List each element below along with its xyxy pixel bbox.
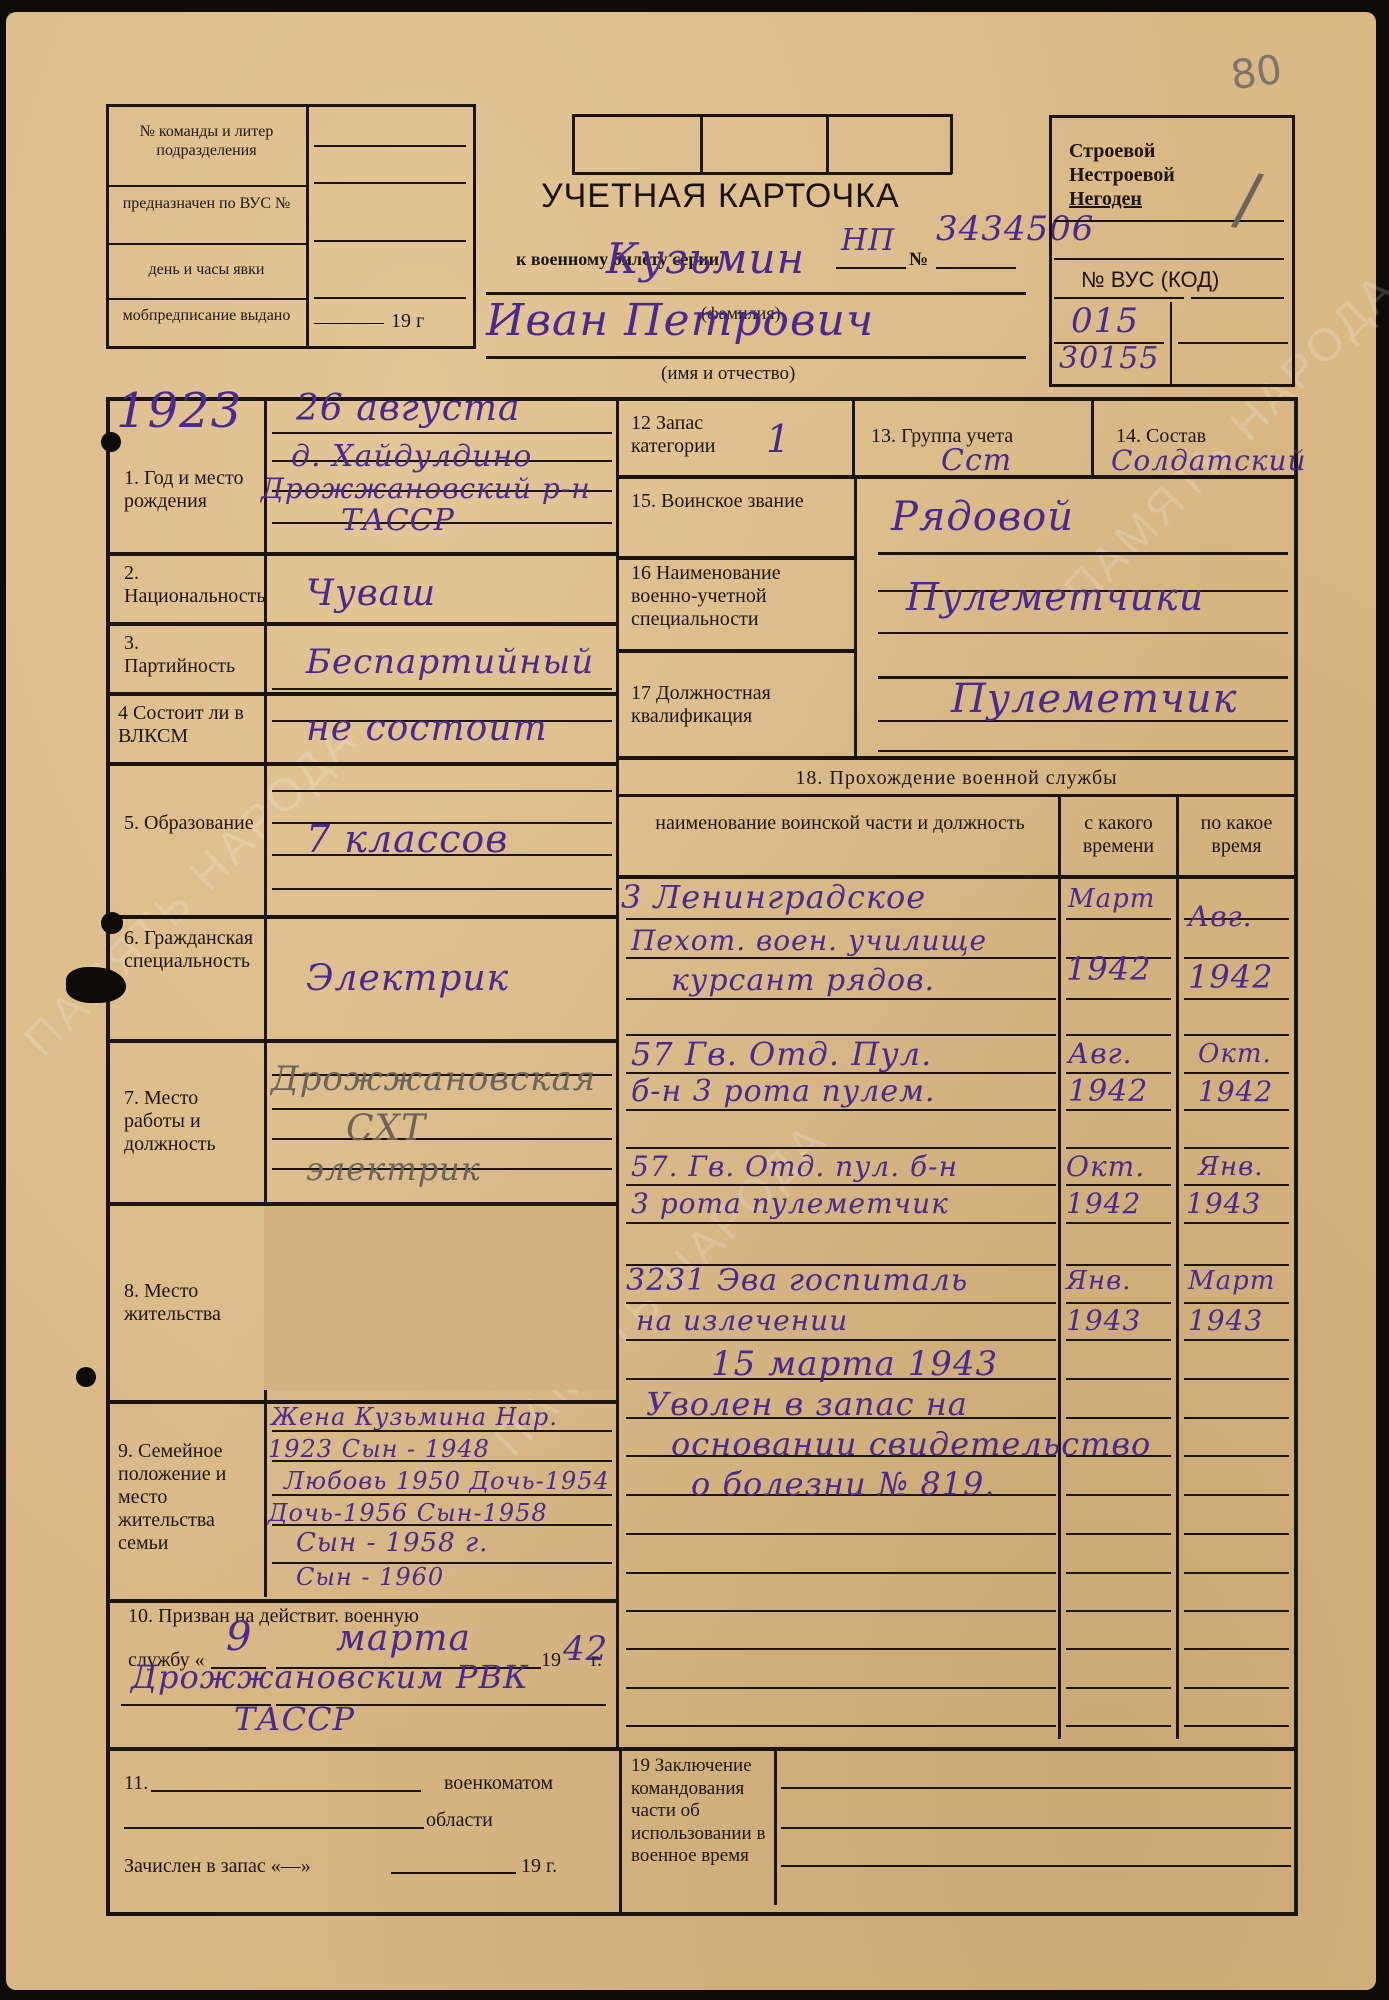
service-to-month: Янв.: [1198, 1150, 1264, 1184]
service-header: 18. Прохождение военной службы: [619, 767, 1294, 790]
fitness-option-front: Строевой: [1069, 139, 1155, 163]
qualification-label: 17 Должностная квалификация: [631, 682, 851, 728]
punch-hole: [101, 432, 121, 452]
vus-label: № ВУС (КОД): [1081, 268, 1219, 291]
party-label: 3. Партийность: [124, 632, 254, 678]
team-number-label: № команды и литер подразделения: [114, 122, 299, 160]
civil-specialty-label: 6. Гражданская специальность: [124, 927, 254, 973]
mob-order-label: мобпредписание выдано: [114, 306, 299, 325]
conscription-year-prefix: 19: [541, 1649, 561, 1672]
service-unit-line: курсант рядов.: [671, 964, 935, 998]
service-from-month: Авг.: [1068, 1037, 1133, 1071]
discharge-line: Уволен в запас на: [646, 1387, 968, 1421]
family-line-6: Сын - 1960: [296, 1560, 444, 1594]
reserve-date-label: Зачислен в запас «—»: [124, 1855, 311, 1878]
vus-value: 015: [1071, 304, 1139, 338]
reserve-category-label: 12 Запас категории: [631, 412, 781, 458]
service-from-month: Март: [1068, 882, 1155, 916]
birth-village: д. Хайдулдино: [291, 440, 532, 474]
fitness-option-unfit: Негоден: [1069, 187, 1142, 211]
service-from-month: Окт.: [1066, 1150, 1145, 1184]
service-from-month: Янв.: [1066, 1264, 1132, 1298]
family-line-2: 1923 Сын - 1948: [268, 1432, 490, 1466]
mob-order-year: 19 г: [391, 310, 424, 333]
surname: Кузьмин: [606, 242, 805, 276]
record-card: ПАМЯТЬ НАРОДА ПАМЯТЬ НАРОДА ПАМЯТЬ НАРОД…: [6, 12, 1376, 1990]
conscription-year-end: г.: [591, 1649, 602, 1672]
service-to-year: 1943: [1188, 1304, 1263, 1338]
workplace-value-3: электрик: [306, 1152, 481, 1186]
komsomol-value: не состоит: [306, 712, 548, 746]
birth-republic: ТАССР: [341, 504, 455, 538]
conscription-region: ТАССР: [234, 1702, 355, 1736]
conscription-month: марта: [336, 1622, 471, 1656]
service-unit-line: Пехот. воен. училище: [631, 924, 987, 958]
military-office-label: военкоматом: [444, 1772, 553, 1795]
birth-label: 1. Год и место рождения: [124, 467, 254, 513]
service-from-year: 1942: [1066, 952, 1151, 986]
service-from-year: 1942: [1068, 1075, 1148, 1109]
birth-year: 1923: [116, 394, 242, 428]
service-unit-line: 57 Гв. Отд. Пул.: [631, 1037, 932, 1071]
birth-date: 26 августа: [296, 392, 521, 426]
col-unit-header: наименование воинской части и должность: [626, 812, 1054, 835]
nationality-value: Чуваш: [306, 577, 436, 611]
family-line-3: Любовь 1950 Дочь-1954: [284, 1464, 610, 1498]
discharge-date: 15 марта 1943: [711, 1347, 998, 1381]
composition-value: Солдатский: [1111, 444, 1307, 478]
workplace-label: 7. Место работы и должность: [124, 1087, 254, 1156]
conscription-by: Дрожжановским РВК: [131, 1660, 529, 1694]
account-group-value: Сст: [941, 444, 1012, 478]
ticket-series: НП: [841, 224, 895, 258]
vus-assigned-label: предназначен по ВУС №: [114, 194, 299, 213]
region-label: области: [426, 1809, 493, 1832]
punch-hole: [76, 1367, 96, 1387]
service-to-month: Авг.: [1188, 900, 1253, 934]
redacted-residence: [264, 1206, 616, 1390]
service-unit-line: 3 Ленинградское: [621, 880, 926, 914]
ticket-no-label: №: [909, 248, 928, 271]
field-11-number: 11.: [124, 1772, 148, 1795]
service-to-year: 1942: [1188, 960, 1273, 994]
military-rank-label: 15. Воинское звание: [631, 490, 831, 513]
col-from-header: с какого времени: [1061, 812, 1176, 858]
specialty-value: Пулеметчики: [906, 580, 1204, 614]
page-number-pencil: 80: [1228, 47, 1285, 100]
vus-code: 30155: [1059, 342, 1159, 376]
family-line-1: Жена Кузьмина Нар.: [271, 1400, 558, 1434]
name-caption: (имя и отчество): [661, 362, 795, 385]
fitness-mark: /: [1233, 180, 1263, 218]
family-line-5: Сын - 1958 г.: [296, 1526, 488, 1560]
family-line-4: Дочь-1956 Сын-1958: [268, 1496, 548, 1530]
reserve-category-value: 1: [766, 422, 791, 456]
birth-district: Дрожжановский р-н: [261, 472, 591, 506]
service-from-year: 1943: [1066, 1304, 1141, 1338]
service-unit-line: на излечении: [636, 1304, 848, 1338]
service-to-month: Март: [1188, 1264, 1275, 1298]
punch-hole: [101, 912, 123, 934]
name-patronymic: Иван Петрович: [486, 304, 874, 338]
service-to-year: 1942: [1198, 1075, 1273, 1109]
col-to-header: по какое время: [1179, 812, 1294, 858]
torn-hole: [66, 967, 126, 1003]
service-to-year: 1943: [1186, 1187, 1261, 1221]
commander-conclusion-label: 19 Заключение командования части об испо…: [631, 1755, 771, 1868]
reserve-date-year: 19 г.: [521, 1855, 557, 1878]
education-label: 5. Образование: [124, 812, 254, 835]
service-from-year: 1942: [1066, 1187, 1141, 1221]
specialty-label: 16 Наименование военно-учетной специальн…: [631, 562, 851, 631]
card-title: УЧЕТНАЯ КАРТОЧКА: [541, 177, 900, 216]
service-unit-line: б-н 3 рота пулем.: [631, 1075, 936, 1109]
nationality-label: 2. Национальность: [124, 562, 254, 608]
service-unit-line: 3 рота пулеметчик: [631, 1187, 949, 1221]
fitness-option-non-front: Нестроевой: [1069, 163, 1175, 187]
ticket-number: 3434506: [936, 212, 1094, 246]
family-label: 9. Семейное положение и место жительства…: [118, 1440, 263, 1555]
discharge-line: о болезни № 819.: [691, 1467, 996, 1501]
qualification-value: Пулеметчик: [951, 682, 1238, 716]
conscription-day: 9: [226, 1620, 252, 1654]
workplace-value-1: Дрожжановская: [271, 1062, 596, 1096]
workplace-value-2: СХТ: [346, 1112, 426, 1146]
military-rank-value: Рядовой: [891, 500, 1074, 534]
service-to-month: Окт.: [1198, 1037, 1272, 1071]
service-unit-line: 3231 Эва госпиталь: [626, 1264, 968, 1298]
civil-specialty-value: Электрик: [306, 962, 509, 996]
service-unit-line: 57. Гв. Отд. пул. б-н: [631, 1150, 958, 1184]
komsomol-label: 4 Состоит ли в ВЛКСМ: [118, 702, 263, 748]
party-value: Беспартийный: [306, 645, 594, 679]
discharge-line: основании свидетельство: [671, 1427, 1151, 1461]
appearance-time-label: день и часы явки: [114, 260, 299, 279]
residence-label: 8. Место жительства: [124, 1280, 254, 1326]
education-value: 7 классов: [306, 822, 508, 856]
